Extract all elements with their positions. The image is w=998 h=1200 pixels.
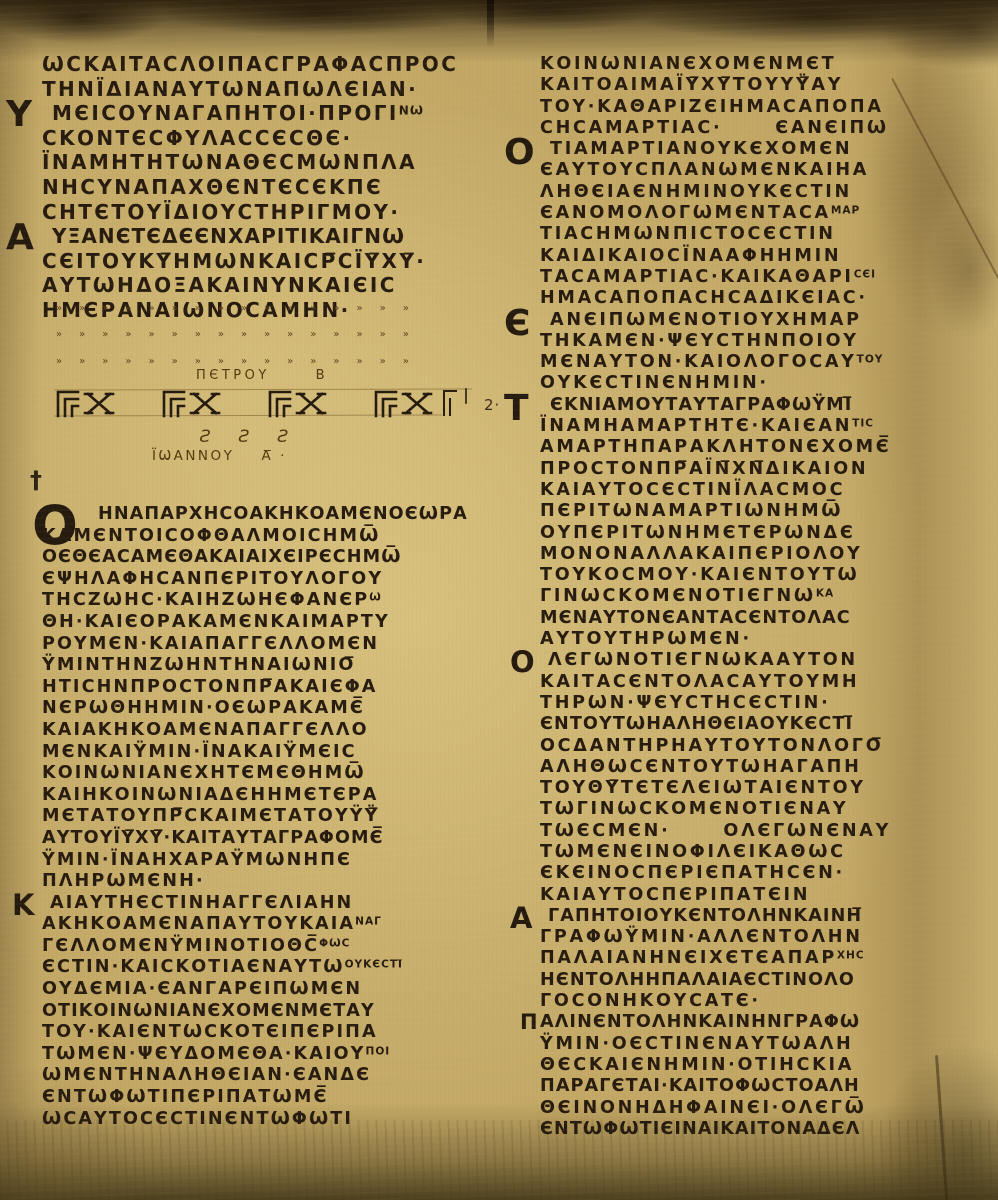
line-text: ΚΑΙΑΚΗΚΟΑΜЄΝΑΠΑΓΓЄΛΛΟ — [42, 720, 369, 740]
line-text: ΑΛΙΝЄΝΤΟΛΗΝΚΑΙΝΗΝΓΡΑΦѠ — [540, 1012, 860, 1032]
line-text: ΓΡΑΦѠΫΜΙΝ·ΑΛΛЄΝΤΟΛΗΝ — [540, 927, 863, 947]
line-text: СΚΟΝΤЄСΦΥΛΑССЄСΘЄ· — [42, 126, 353, 150]
text-line: ΤΟΥΚΟСΜΟΥ·ΚΑΙЄΝΤΟΥΤѠ — [540, 565, 980, 586]
line-text: ΪΝΑΜΗΤΗΤѠΝΑΘЄСΜѠΝΠΛΑ — [42, 150, 417, 174]
coronis-band-icon — [52, 385, 480, 421]
text-line: ΘЄСΚΑΙЄΝΗΜΙΝ·ΟΤΙΗСΚΙΑ — [540, 1055, 980, 1076]
superscript-abbreviation: ΝΑΓ — [355, 916, 382, 928]
line-text: ΜЄΝΑΥΤΟΝЄΑΝΤΑСЄΝΤΟΛΑС — [540, 608, 851, 628]
line-text: ΜΟΝΟΝΑΛΛΑΚΑΙΠЄΡΙΟΛΟΥ — [540, 544, 862, 564]
line-text: ΓΑΠΗΤΟΙΟΥΚЄΝΤΟΛΗΝΚΑΙΝΗ̅ — [548, 906, 862, 926]
text-line: ΟΥΔЄΜΙΑ·ЄΑΝΓΑΡЄΙΠѠΜЄΝ — [42, 979, 510, 1001]
text-line: ΛΗΘЄΙΑЄΝΗΜΙΝΟΥΚЄСΤΙΝ — [540, 182, 980, 203]
line-text: ЄΑΥΤΟΥСΠΛΑΝѠΜЄΝΚΑΙΗΑ — [540, 160, 869, 180]
top-edge-streak — [487, 0, 494, 48]
text-line: ΟΗΝΑΠΑΡΧΗСΟΑΚΗΚΟΑΜЄΝΟЄѠΡΑ — [42, 504, 510, 526]
text-line: ΫΜΙΝ·ΟЄСΤΙΝЄΝΑΥΤѠΑΛΗ — [540, 1034, 980, 1055]
text-line: ЄΨΗΛΑΦΗСΑΝΠЄΡΙΤΟΥΛΟΓΟΥ — [42, 569, 510, 591]
text-line: ΤΑСΑΜΑΡΤΙΑС·ΚΑΙΚΑΘΑΡΙСЄΙ — [540, 267, 980, 288]
text-line: ΚΑΙΤΑСЄΝΤΟΛΑСΑΥΤΟΥΜΗ — [540, 672, 980, 693]
text-line: ΚΑΙΤΟΑΙΜΑΪΥ̅ΧΥ̅ΤΟΥΥΫ̅ΑΥ — [540, 75, 980, 96]
text-line: ΫΜΙΝΤΗΝΖѠΗΝΤΗΝΑΙѠΝΙΟ̅ — [42, 655, 510, 677]
line-text: ΤΗΝΪΔΙΑΝΑΥΤѠΝΑΠѠΛЄΙΑΝ· — [42, 77, 418, 101]
line-text: ΫΜΙΝΤΗΝΖѠΗΝΤΗΝΑΙѠΝΙΟ̅ — [42, 655, 355, 675]
line-text: ΟΤΙΚΟΙΝѠΝΙΑΝЄΧΟΜЄΝΜЄΤΑΥ — [42, 1001, 375, 1021]
text-line: ΟΤΙΑΜΑΡΤΙΑΝΟΥΚЄΧΟΜЄΝ — [540, 139, 980, 160]
line-text: ΑΜΑΡΤΗΠΑΡΑΚΛΗΤΟΝЄΧΟΜЄ̅ — [540, 437, 891, 457]
line-text: ΠΡΟСΤΟΝΠΡ̅ΑΪΝ̅ΧΝ̅ΔΙΚΑΙΟΝ — [540, 459, 868, 479]
line-text: ΤΗΡѠΝ·ΨЄΥСΤΗСЄСΤΙΝ· — [540, 693, 830, 713]
enlarged-initial: Є — [504, 306, 533, 342]
line-text: ѠΜЄΝΤΗΝΑΛΗΘЄΙΑΝ·ЄΑΝΔЄ — [42, 1065, 371, 1085]
text-line: СΗΤЄΤΟΥΪΔΙΟΥСΤΗΡΙΓΜΟΥ· — [42, 200, 510, 225]
text-line: ΠΛΗΡѠΜЄΝΗ· — [42, 871, 510, 893]
text-line: ΠΑΛΙΝЄΝΤΟΛΗΝΚΑΙΝΗΝΓΡΑΦѠ — [540, 1012, 980, 1033]
text-line: ЄΑΥΤΟΥСΠΛΑΝѠΜЄΝΚΑΙΗΑ — [540, 160, 980, 181]
superscript-abbreviation: ΜΑΡ — [831, 204, 860, 216]
text-line: ΚΑΙΑΥΤΟСΠЄΡΙΠΑΤЄΙΝ — [540, 885, 980, 906]
text-line: ΟΥΚЄСΤΙΝЄΝΗΜΙΝ· — [540, 373, 980, 394]
line-text: ΛЄΓѠΝΟΤΙЄΓΝѠΚΑΑΥΤΟΝ — [548, 650, 858, 670]
line-text: ΚΑΙΗΚΟΙΝѠΝΙΑΔЄΗΗΜЄΤЄΡΑ — [42, 785, 379, 805]
line-text: ΟЄΘЄΑСΑΜЄΘΑΚΑΙΑΙΧЄΙΡЄСΗΜѠ̅ — [42, 547, 402, 567]
text-line: ΤѠΓΙΝѠСΚΟΜЄΝΟΤΙЄΝΑΥ — [540, 799, 980, 820]
text-line: ΚΟΙΝѠΝΙΑΝЄΧΗΤЄΜЄΘΗΜѠ̅ — [42, 763, 510, 785]
line-text: ΟΥΚЄСΤΙΝЄΝΗΜΙΝ· — [540, 373, 769, 393]
text-line: ΟΤΙΚΟΙΝѠΝΙΑΝЄΧΟΜЄΝΜЄΤΑΥ — [42, 1001, 510, 1023]
text-line: ΑΜΑΡΤΗΠΑΡΑΚΛΗΤΟΝЄΧΟΜЄ̅ — [540, 437, 980, 458]
enlarged-initial: Υ — [6, 97, 34, 133]
line-text: СЄΙΤΟΥΚΥ̅ΗΜѠΝΚΑΙСΡ̅СΪΥ̅ΧΥ̅· — [42, 249, 426, 273]
line-text: ΟΥΔЄΜΙΑ·ЄΑΝΓΑΡЄΙΠѠΜЄΝ — [42, 979, 362, 999]
text-line: ΟΛЄΓѠΝΟΤΙЄΓΝѠΚΑΑΥΤΟΝ — [540, 650, 980, 671]
line-text: ΤΙΑСΗΜѠΝΠΙСΤΟСЄСΤΙΝ — [540, 224, 836, 244]
line-text: ΘЄСΚΑΙЄΝΗΜΙΝ·ΟΤΙΗСΚΙΑ — [540, 1055, 854, 1075]
line-text: ΝЄΡѠΘΗΗΜΙΝ·ΟЄѠΡΑΚΑΜЄ̅ — [42, 698, 365, 718]
text-line: ΚΑΙΑΚΗΚΟΑΜЄΝΑΠΑΓΓЄΛΛΟ — [42, 720, 510, 742]
text-line: ЄΝΤѠΦѠΤΙЄΙΝΑΙΚΑΙΤΟΝΑΔЄΛ — [540, 1119, 980, 1140]
line-text: ΤΟΥΘΥ̅ΤЄΤЄΛЄΙѠΤΑΙЄΝΤΟΥ — [540, 778, 866, 798]
text-line: СΗСΑΜΑΡΤΙΑС· ЄΑΝЄΙΠѠ — [540, 118, 980, 139]
text-line: ΤΟΥ·ΚΑΙЄΝΤѠСΚΟΤЄΙΠЄΡΙΠΑ — [42, 1022, 510, 1044]
text-line: ЄΑΝΟΜΟΛΟΓѠΜЄΝΤΑСΑΜΑΡ — [540, 203, 980, 224]
chapter-number-marginal: 2· — [484, 396, 500, 414]
line-text: ΑΥΤѠΗΔΟΞΑΚΑΙΝΥΝΚΑΙЄΙС — [42, 273, 397, 297]
left-column-2peter-text: ѠСΚΑΙΤΑСΛΟΙΠΑСΓΡΑΦΑСΠΡΟСΤΗΝΪΔΙΑΝΑΥΤѠΝΑΠѠ… — [42, 52, 510, 323]
line-text: ΤѠΓΙΝѠСΚΟΜЄΝΟΤΙЄΝΑΥ — [540, 799, 848, 819]
text-line: ΟΥΠЄΡΙΤѠΝΗΜЄΤЄΡѠΝΔЄ — [540, 523, 980, 544]
line-text: ΟΥΠЄΡΙΤѠΝΗΜЄΤЄΡѠΝΔЄ — [540, 523, 855, 543]
text-line: ΑΚΗΚΟΑΜЄΝΑΠΑΥΤΟΥΚΑΙΑΝΑΓ — [42, 914, 510, 936]
text-line: ѠΜЄΝΤΗΝΑΛΗΘЄΙΑΝ·ЄΑΝΔЄ — [42, 1065, 510, 1087]
line-text: ΫΜΙΝ·ΟЄСΤΙΝЄΝΑΥΤѠΑΛΗ — [540, 1034, 853, 1054]
line-text: ΤΟΥΚΟСΜΟΥ·ΚΑΙЄΝΤΟΥΤѠ — [540, 565, 859, 585]
text-line: ΤѠΜЄΝЄΙΝΟΦΙΛЄΙΚΑΘѠС — [540, 842, 980, 863]
text-line: ΜЄΝΚΑΙΫΜΙΝ·ΪΝΑΚΑΙΫΜЄΙС — [42, 742, 510, 764]
line-text: ΑΚΗΚΟΑΜЄΝΑΠΑΥΤΟΥΚΑΙΑ — [42, 914, 355, 934]
superscript-abbreviation: ΤΙС — [852, 417, 874, 429]
text-line: ЄΚЄΙΝΟСΠЄΡΙЄΠΑΤΗСЄΝ· — [540, 863, 980, 884]
text-line: ΘΗ·ΚΑΙЄΟΡΑΚΑΜЄΝΚΑΙΜΑΡΤΥ — [42, 612, 510, 634]
line-text: ΘΗ·ΚΑΙЄΟΡΑΚΑΜЄΝΚΑΙΜΑΡΤΥ — [42, 612, 390, 632]
text-line: ΤѠΜЄΝ·ΨЄΥΔΟΜЄΘΑ·ΚΑΙΟΥΠΟΙ — [42, 1044, 510, 1066]
text-line: ΜΟΝΟΝΑΛΛΑΚΑΙΠЄΡΙΟΛΟΥ — [540, 544, 980, 565]
line-text: ΓΙΝѠСΚΟΜЄΝΟΤΙЄΓΝѠ — [540, 586, 816, 606]
superscript-abbreviation: ΟΥΚЄСΤΙ̅ — [345, 959, 403, 971]
text-line: ΜЄΝΑΥΤΟΝ·ΚΑΙΟΛΟΓΟСΑΥΤΟΥ — [540, 352, 980, 373]
line-text: ΡΟΥΜЄΝ·ΚΑΙΑΠΑΓΓЄΛΛΟΜЄΝ — [42, 634, 379, 654]
line-text: ΑΝЄΙΠѠΜЄΝΟΤΙΟΥΧΗΜΑΡ — [550, 310, 862, 330]
superscript-abbreviation: Ѡ — [369, 592, 382, 604]
s-flourish-marks: ƧƧƧ — [200, 427, 316, 447]
text-line: ΡΟΥΜЄΝ·ΚΑΙΑΠΑΓΓЄΛΛΟΜЄΝ — [42, 634, 510, 656]
text-line: ΓΙΝѠСΚΟΜЄΝΟΤΙЄΓΝѠΚΑ — [540, 586, 980, 607]
text-line: ΫΜΙΝ·ΪΝΑΗΧΑΡΑΫΜѠΝΗΠЄ — [42, 850, 510, 872]
line-text: ΚΑΙΑΥΤΟСΠЄΡΙΠΑΤЄΙΝ — [540, 885, 810, 905]
text-line: ЄΝΤΟΥΤѠΗΑΛΗΘЄΙΑΟΥΚЄСΤΙ̅ — [540, 714, 980, 735]
line-text: ΑΥΤΟΥΤΗΡѠΜЄΝ· — [540, 629, 752, 649]
text-line: ΠΑΛΑΙΑΝΗΝЄΙΧЄΤЄΑΠΑΡΧΗС — [540, 948, 980, 969]
enlarged-initial: Π — [520, 1012, 539, 1033]
line-text: ΚΑΙΔΙΚΑΙΟСΪΝΑΑΦΗΗΜΙΝ — [540, 246, 841, 266]
text-line: ΟЄΘЄΑСΑΜЄΘΑΚΑΙΑΙΧЄΙΡЄСΗΜѠ̅ — [42, 547, 510, 569]
line-text: ΚΑΙΤΟΑΙΜΑΪΥ̅ΧΥ̅ΤΟΥΥΫ̅ΑΥ — [540, 75, 843, 95]
text-line: ΗΜΑСΑΠΟΠΑСΗСΑΔΙΚЄΙΑС· — [540, 288, 980, 309]
line-text: ΟСΔΑΝΤΗΡΗΑΥΤΟΥΤΟΝΛΟΓΟ̅ — [540, 736, 883, 756]
line-text: ЄΝΤΟΥΤѠΗΑΛΗΘЄΙΑΟΥΚЄСΤΙ̅ — [540, 714, 853, 734]
text-line: ΓΡΑΦѠΫΜΙΝ·ΑΛΛЄΝΤΟΛΗΝ — [540, 927, 980, 948]
flourish-row-2: »»»»»»»»»»»»»»»» — [56, 329, 486, 345]
line-text: ЄΨΗΛΑΦΗСΑΝΠЄΡΙΤΟΥΛΟΓΟΥ — [42, 569, 383, 589]
text-line: ΓЄΛΛΟΜЄΝΫΜΙΝΟΤΙΟΘС̅ΦѠС — [42, 936, 510, 958]
margin-cross-icon: † — [30, 466, 42, 494]
line-text: ΑΛΗΘѠСЄΝΤΟΥΤѠΗΑΓΑΠΗ — [540, 757, 862, 777]
text-line: ΜЄΝΑΥΤΟΝЄΑΝΤΑСЄΝΤΟΛΑС — [540, 608, 980, 629]
line-text: ΚΑΜЄΝΤΟΙСΟΦΘΑΛΜΟΙСΗΜѠ̅ — [42, 526, 380, 546]
line-text: ΤΙΑΜΑΡΤΙΑΝΟΥΚЄΧΟΜЄΝ — [550, 139, 852, 159]
line-text: ΤΑСΑΜΑΡΤΙΑС·ΚΑΙΚΑΘΑΡΙ — [540, 267, 854, 287]
text-line: ΚΑΙΑΥΤΟСЄСΤΙΝΪΛΑСΜΟС — [540, 480, 980, 501]
line-text: ΛΗΘЄΙΑЄΝΗΜΙΝΟΥΚЄСΤΙΝ — [540, 182, 852, 202]
line-text: ЄΚΝΙΑΜΟΥΤΑΥΤΑΓΡΑΦѠΫΜΙ̅ — [550, 395, 852, 415]
enlarged-initial: Α — [510, 904, 534, 933]
line-text: ΑΥΤΟΥΪΥ̅ΧΥ̅·ΚΑΙΤΑΥΤΑΓΡΑΦΟΜЄ̅ — [42, 828, 384, 848]
text-line: ΠЄΡΙΤѠΝΑΜΑΡΤΙѠΝΗΜѠ̅ — [540, 501, 980, 522]
line-text: ΤΟΥ·ΚΑΘΑΡΙΖЄΙΗΜΑСΑΠΟΠΑ — [540, 97, 884, 117]
line-text: ΠЄΡΙΤѠΝΑΜΑΡΤΙѠΝΗΜѠ̅ — [540, 501, 843, 521]
line-text: ΚΟΙΝѠΝΙΑΝЄΧΟΜЄΝΜЄΤ — [540, 54, 836, 74]
line-text: ΜЄΙСΟΥΝΑΓΑΠΗΤΟΙ·ΠΡΟΓΙ — [52, 101, 399, 125]
line-text: ΫΜΙΝ·ΪΝΑΗΧΑΡΑΫΜѠΝΗΠЄ — [42, 850, 352, 870]
text-line: СΚΟΝΤЄСΦΥΛΑССЄСΘЄ· — [42, 126, 510, 151]
text-line: ΑΥΞΑΝЄΤЄΔЄЄΝΧΑΡΙΤΙΚΑΙΓΝѠ — [42, 224, 510, 249]
text-line: ΚΑΜЄΝΤΟΙСΟΦΘΑΛΜΟΙСΗΜѠ̅ — [42, 526, 510, 548]
text-line: ΑΥΤΟΥΪΥ̅ΧΥ̅·ΚΑΙΤΑΥΤΑΓΡΑΦΟΜЄ̅ — [42, 828, 510, 850]
text-line: ѠСΚΑΙΤΑСΛΟΙΠΑСΓΡΑΦΑСΠΡΟС — [42, 52, 510, 77]
line-text: ΤѠΜЄΝЄΙΝΟΦΙΛЄΙΚΑΘѠС — [540, 842, 846, 862]
right-column-1john-text: ΚΟΙΝѠΝΙΑΝЄΧΟΜЄΝΜЄΤΚΑΙΤΟΑΙΜΑΪΥ̅ΧΥ̅ΤΟΥΥΫ̅Α… — [540, 54, 980, 1140]
text-line: ΑΥΤΟΥΤΗΡѠΜЄΝ· — [540, 629, 980, 650]
superscript-abbreviation: ΚΑ — [816, 588, 834, 600]
text-line: ΝЄΡѠΘΗΗΜΙΝ·ΟЄѠΡΑΚΑΜЄ̅ — [42, 698, 510, 720]
left-column-1john-text: ΟΗΝΑΠΑΡΧΗСΟΑΚΗΚΟΑΜЄΝΟЄѠΡΑΚΑΜЄΝΤΟΙСΟΦΘΑΛΜ… — [42, 504, 510, 1130]
line-text: ΠΑΡΑΓЄΤΑΙ·ΚΑΙΤΟΦѠСΤΟΑΛΗ — [540, 1076, 860, 1096]
superscript-abbreviation: ΦѠС — [319, 937, 350, 949]
text-line: ΥΜЄΙСΟΥΝΑΓΑΠΗΤΟΙ·ΠΡΟΓΙΝѠ — [42, 101, 510, 126]
text-line: ΝΗСΥΝΑΠΑΧΘЄΝΤЄСЄΚΠЄ — [42, 175, 510, 200]
enlarged-initial: Ο — [510, 648, 537, 677]
text-line: ΗЄΝΤΟΛΗΗΠΑΛΑΙΑЄСΤΙΝΟΛΟ — [540, 970, 980, 991]
text-line: ΘЄΙΝΟΝΗΔΗΦΑΙΝЄΙ·ΟΛЄΓѠ̅ — [540, 1098, 980, 1119]
line-text: ΤΗΚΑΜЄΝ·ΨЄΥСΤΗΝΠΟΙΟΥ — [540, 331, 859, 351]
text-line: ΚΑΙΔΙΚΑΙΟСΪΝΑΑΦΗΗΜΙΝ — [540, 246, 980, 267]
superscript-abbreviation: ΤΟΥ — [857, 353, 884, 365]
text-line: ΜЄΤΑΤΟΥΠΡ̅СΚΑΙΜЄΤΑΤΟΥΫΫ̅ — [42, 806, 510, 828]
line-text: ΥΞΑΝЄΤЄΔЄЄΝΧΑΡΙΤΙΚΑΙΓΝѠ — [52, 224, 405, 248]
text-line: ΓΟСΟΝΗΚΟΥСΑΤЄ· — [540, 991, 980, 1012]
text-line: ΗΤΙСΗΝΠΡΟСΤΟΝΠΡ̅ΑΚΑΙЄΦΑ — [42, 677, 510, 699]
text-line: ΤΗΝΪΔΙΑΝΑΥΤѠΝΑΠѠΛЄΙΑΝ· — [42, 77, 510, 102]
superscript-abbreviation: ΠΟΙ — [366, 1045, 391, 1057]
line-text: ΚΑΙΤΑСЄΝΤΟΛΑСΑΥΤΟΥΜΗ — [540, 672, 859, 692]
line-text: ѠСΑΥΤΟСЄСΤΙΝЄΝΤѠΦѠΤΙ — [42, 1109, 353, 1129]
line-text: ΗΜΑСΑΠΟΠΑСΗСΑΔΙΚЄΙΑС· — [540, 288, 868, 308]
enlarged-initial: Τ — [504, 391, 530, 427]
line-text: ЄΝΤѠΦѠΤΙΠЄΡΙΠΑΤѠΜЄ̅ — [42, 1087, 328, 1107]
text-line: Τ2·ЄΚΝΙΑΜΟΥΤΑΥΤΑΓΡΑΦѠΫΜΙ̅ — [540, 395, 980, 416]
superscript-abbreviation: ΧΗС — [837, 950, 865, 962]
text-line: ΤΟΥ·ΚΑΘΑΡΙΖЄΙΗΜΑСΑΠΟΠΑ — [540, 97, 980, 118]
line-text: ΑΙΑΥΤΗЄСΤΙΝΗΑΓΓЄΛΙΑΗΝ — [50, 893, 353, 913]
line-text: ΤΟΥ·ΚΑΙЄΝΤѠСΚΟΤЄΙΠЄΡΙΠΑ — [42, 1022, 378, 1042]
line-text: ЄΑΝΟΜΟΛΟΓѠΜЄΝΤΑСΑ — [540, 203, 831, 223]
text-line: ЄΑΝЄΙΠѠΜЄΝΟΤΙΟΥΧΗΜΑΡ — [540, 310, 980, 331]
text-line: ΠΡΟСΤΟΝΠΡ̅ΑΪΝ̅ΧΝ̅ΔΙΚΑΙΟΝ — [540, 459, 980, 480]
manuscript-photo: { "manuscript": { "left_column": { "pete… — [0, 0, 998, 1200]
text-line: ΚΑΙΑΥΤΗЄСΤΙΝΗΑΓΓЄΛΙΑΗΝ — [42, 893, 510, 915]
line-text: ΜЄΤΑΤΟΥΠΡ̅СΚΑΙΜЄΤΑΤΟΥΫΫ̅ — [42, 806, 379, 826]
flourish-row-1: »»»»»»»»»»»»»»»» — [56, 303, 486, 319]
line-text: ΠΑΛΑΙΑΝΗΝЄΙΧЄΤЄΑΠΑΡ — [540, 948, 837, 968]
text-line: ΑΛΗΘѠСЄΝΤΟΥΤѠΗΑΓΑΠΗ — [540, 757, 980, 778]
line-text: ΗΤΙСΗΝΠΡΟСΤΟΝΠΡ̅ΑΚΑΙЄΦΑ — [42, 677, 378, 697]
line-text: ΜЄΝΑΥΤΟΝ·ΚΑΙΟΛΟΓΟСΑΥ — [540, 352, 857, 372]
line-text: ΤѠЄСΜЄΝ· ΟΛЄΓѠΝЄΝΑΥ — [540, 821, 891, 841]
line-text: ΝΗСΥΝΑΠΑΧΘЄΝΤЄСЄΚΠЄ — [42, 175, 383, 199]
text-line: ΤѠЄСΜЄΝ· ΟΛЄΓѠΝЄΝΑΥ — [540, 821, 980, 842]
text-line: ΤΗΚΑΜЄΝ·ΨЄΥСΤΗΝΠΟΙΟΥ — [540, 331, 980, 352]
line-text: ΜЄΝΚΑΙΫΜΙΝ·ΪΝΑΚΑΙΫΜЄΙС — [42, 742, 357, 762]
line-text: ΘЄΙΝΟΝΗΔΗΦΑΙΝЄΙ·ΟΛЄΓѠ̅ — [540, 1098, 867, 1118]
text-line: ΤΗСΖѠΗС·ΚΑΙΗΖѠΗЄΦΑΝЄΡѠ — [42, 590, 510, 612]
text-line: ΚΟΙΝѠΝΙΑΝЄΧΟΜЄΝΜЄΤ — [540, 54, 980, 75]
line-text: ЄΚЄΙΝΟСΠЄΡΙЄΠΑΤΗСЄΝ· — [540, 863, 845, 883]
text-line: ΤΟΥΘΥ̅ΤЄΤЄΛЄΙѠΤΑΙЄΝΤΟΥ — [540, 778, 980, 799]
text-line: ΪΝΑΜΗΑΜΑΡΤΗΤЄ·ΚΑΙЄΑΝΤΙС — [540, 416, 980, 437]
text-line: ΠΑΡΑΓЄΤΑΙ·ΚΑΙΤΟΦѠСΤΟΑΛΗ — [540, 1076, 980, 1097]
text-line: ЄΝΤѠΦѠΤΙΠЄΡΙΠΑΤѠΜЄ̅ — [42, 1087, 510, 1109]
text-line: ΑΥΤѠΗΔΟΞΑΚΑΙΝΥΝΚΑΙЄΙС — [42, 273, 510, 298]
line-text: ѠСΚΑΙΤΑСΛΟΙΠΑСΓΡΑΦΑСΠΡΟС — [42, 52, 458, 76]
line-text: СΗСΑΜΑΡΤΙΑС· ЄΑΝЄΙΠѠ — [540, 118, 889, 138]
line-text: СΗΤЄΤΟΥΪΔΙΟΥСΤΗΡΙΓΜΟΥ· — [42, 200, 400, 224]
line-text: ЄСΤΙΝ·ΚΑΙСΚΟΤΙΑЄΝΑΥΤѠ — [42, 957, 345, 977]
superscript-abbreviation: ΝѠ — [399, 104, 424, 118]
superscript-abbreviation: СЄΙ — [854, 268, 876, 280]
text-line: СЄΙΤΟΥΚΥ̅ΗΜѠΝΚΑΙСΡ̅СΪΥ̅ΧΥ̅· — [42, 249, 510, 274]
text-line: ѠСΑΥΤΟСЄСΤΙΝЄΝΤѠΦѠΤΙ — [42, 1109, 510, 1131]
text-line: ЄСΤΙΝ·ΚΑΙСΚΟΤΙΑЄΝΑΥΤѠΟΥΚЄСΤΙ̅ — [42, 957, 510, 979]
line-text: ЄΝΤѠΦѠΤΙЄΙΝΑΙΚΑΙΤΟΝΑΔЄΛ — [540, 1119, 860, 1139]
line-text: ΤΗСΖѠΗС·ΚΑΙΗΖѠΗЄΦΑΝЄΡ — [42, 590, 369, 610]
enlarged-initial: Ο — [504, 135, 537, 171]
text-line: ΟСΔΑΝΤΗΡΗΑΥΤΟΥΤΟΝΛΟΓΟ̅ — [540, 736, 980, 757]
book-title-ioannou-a: ΪѠΑΝΝΟΥ Α̅ · — [152, 448, 287, 464]
enlarged-initial: Α — [6, 220, 35, 256]
text-line: ΤΙΑСΗΜѠΝΠΙСΤΟСЄСΤΙΝ — [540, 224, 980, 245]
line-text: ΪΝΑΜΗΑΜΑΡΤΗΤЄ·ΚΑΙЄΑΝ — [540, 416, 852, 436]
line-text: ΓΟСΟΝΗΚΟΥСΑΤЄ· — [540, 991, 761, 1011]
enlarged-initial: Κ — [12, 891, 37, 920]
text-line: ΑΓΑΠΗΤΟΙΟΥΚЄΝΤΟΛΗΝΚΑΙΝΗ̅ — [540, 906, 980, 927]
text-line: ΚΑΙΗΚΟΙΝѠΝΙΑΔЄΗΗΜЄΤЄΡΑ — [42, 785, 510, 807]
line-text: ΗЄΝΤΟΛΗΗΠΑΛΑΙΑЄСΤΙΝΟΛΟ — [540, 970, 855, 990]
subscription-petrou-b: ΠЄΤΡΟΥ В — [196, 368, 328, 383]
line-text: ΚΟΙΝѠΝΙΑΝЄΧΗΤЄΜЄΘΗΜѠ̅ — [42, 763, 366, 783]
line-text: ΤѠΜЄΝ·ΨЄΥΔΟΜЄΘΑ·ΚΑΙΟΥ — [42, 1044, 366, 1064]
line-text: ΠΛΗΡѠΜЄΝΗ· — [42, 871, 205, 891]
line-text: ΚΑΙΑΥΤΟСЄСΤΙΝΪΛΑСΜΟС — [540, 480, 845, 500]
line-text: ΓЄΛΛΟΜЄΝΫΜΙΝΟΤΙΟΘС̅ — [42, 936, 319, 956]
text-line: ΪΝΑΜΗΤΗΤѠΝΑΘЄСΜѠΝΠΛΑ — [42, 150, 510, 175]
text-line: ΤΗΡѠΝ·ΨЄΥСΤΗСЄСΤΙΝ· — [540, 693, 980, 714]
line-text: ΗΝΑΠΑΡΧΗСΟΑΚΗΚΟΑΜЄΝΟЄѠΡΑ — [98, 504, 468, 524]
